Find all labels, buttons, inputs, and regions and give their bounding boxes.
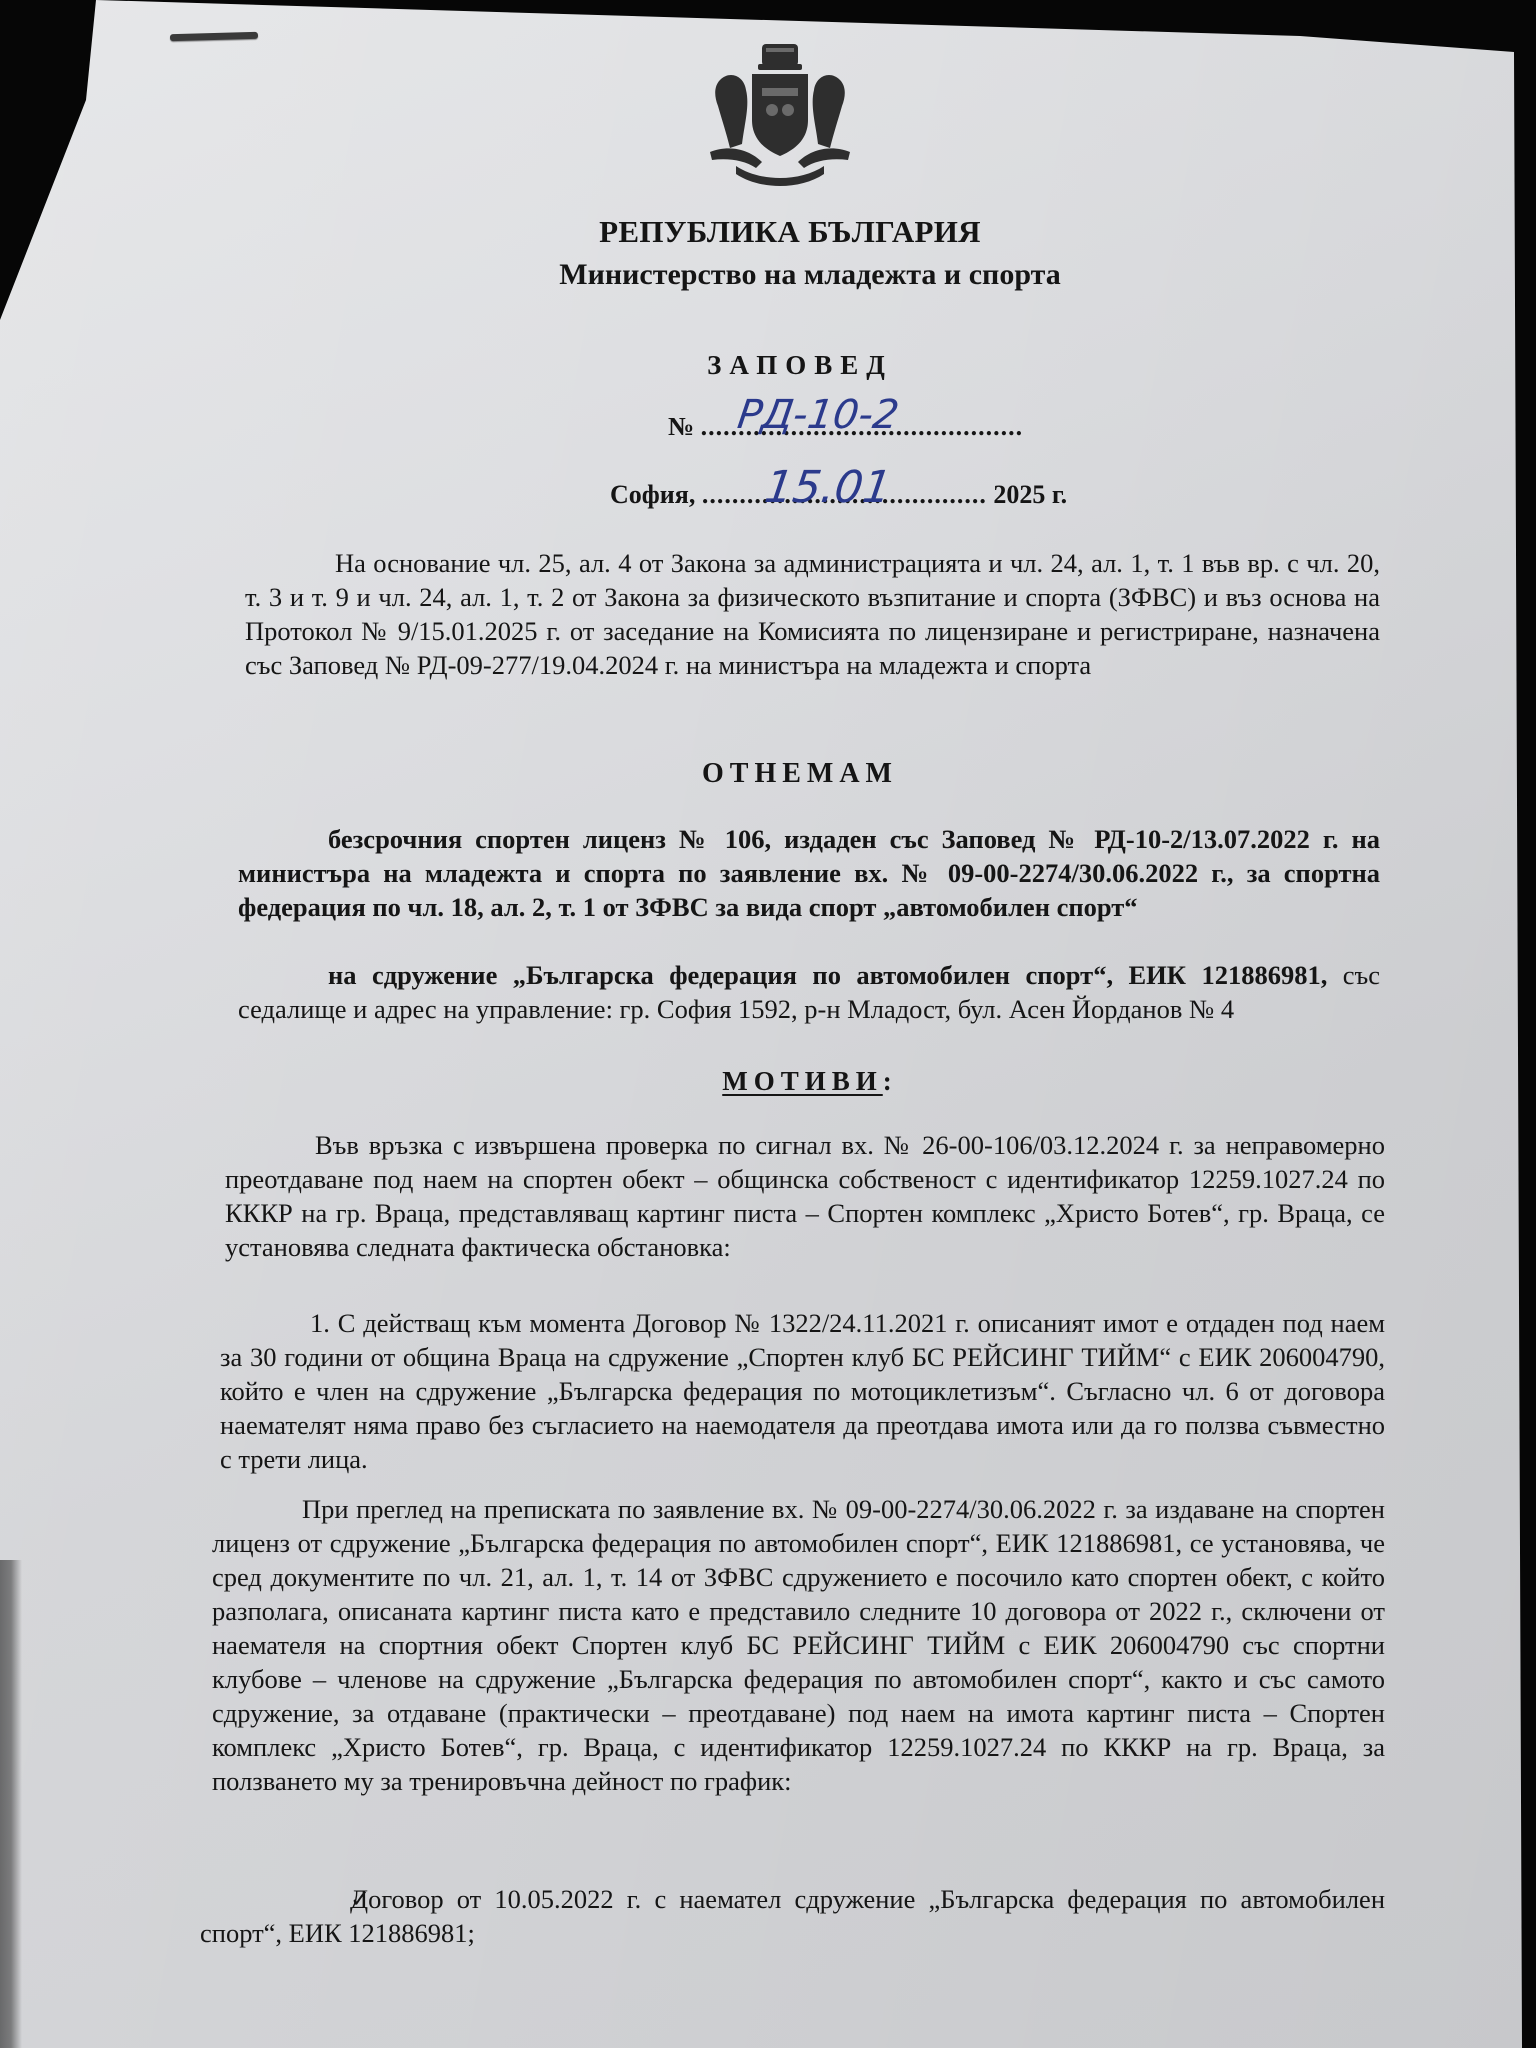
inspection-paragraph: Във връзка с извършена проверка по сигна… xyxy=(225,1128,1385,1264)
motives-heading: МОТИВИ: xyxy=(680,1066,940,1097)
motives-heading-text: МОТИВИ xyxy=(722,1066,883,1096)
checkmark-icon: ✓ xyxy=(350,1882,370,1916)
association-paragraph: на сдружение „Българска федерация по авт… xyxy=(238,958,1380,1026)
inspection-text: Във връзка с извършена проверка по сигна… xyxy=(225,1128,1385,1264)
country-heading: РЕПУБЛИКА БЪЛГАРИЯ xyxy=(540,214,1040,250)
year-label: 2025 г. xyxy=(993,480,1067,509)
file-review-paragraph: При преглед на преписката по заявление в… xyxy=(212,1492,1385,1798)
handwritten-order-number: РД-10-2 xyxy=(735,392,902,438)
decision-verb: ОТНЕМАМ xyxy=(640,758,960,790)
contract-list-item: ✓ Договор от 10.05.2022 г. с наемател сд… xyxy=(200,1882,1385,1950)
order-document: РЕПУБЛИКА БЪЛГАРИЯ Министерство на младе… xyxy=(0,0,1536,2048)
city-label: София, xyxy=(610,480,695,509)
contract-text: Договор от 10.05.2022 г. с наемател сдру… xyxy=(200,1884,1385,1948)
file-review-text: При преглед на преписката по заявление в… xyxy=(212,1492,1385,1798)
motives-colon: : xyxy=(883,1066,898,1096)
point-1-text: 1. С действащ към момента Договор № 1322… xyxy=(220,1306,1385,1476)
legal-basis-text: На основание чл. 25, ал. 4 от Закона за … xyxy=(245,546,1380,682)
ministry-heading: Министерство на младежта и спорта xyxy=(490,258,1130,292)
legal-basis-paragraph: На основание чл. 25, ал. 4 от Закона за … xyxy=(245,546,1380,682)
contract-list: ✓ Договор от 10.05.2022 г. с наемател сд… xyxy=(200,1882,1385,1950)
photo-scene: РЕПУБЛИКА БЪЛГАРИЯ Министерство на младе… xyxy=(0,0,1536,2048)
revoked-license-text: безсрочния спортен лиценз № 106, издаден… xyxy=(238,822,1380,924)
number-label: № xyxy=(668,412,694,441)
handwritten-date: 15.01 xyxy=(761,462,894,513)
order-title: ЗАПОВЕД xyxy=(640,350,960,381)
point-1-paragraph: 1. С действащ към момента Договор № 1322… xyxy=(220,1306,1385,1476)
bulgarian-coat-of-arms-icon xyxy=(700,40,860,195)
revoked-license-paragraph: безсрочния спортен лиценз № 106, издаден… xyxy=(238,822,1380,924)
association-text: на сдружение „Българска федерация по авт… xyxy=(238,958,1380,1026)
association-name: на сдружение „Българска федерация по авт… xyxy=(328,960,1327,990)
